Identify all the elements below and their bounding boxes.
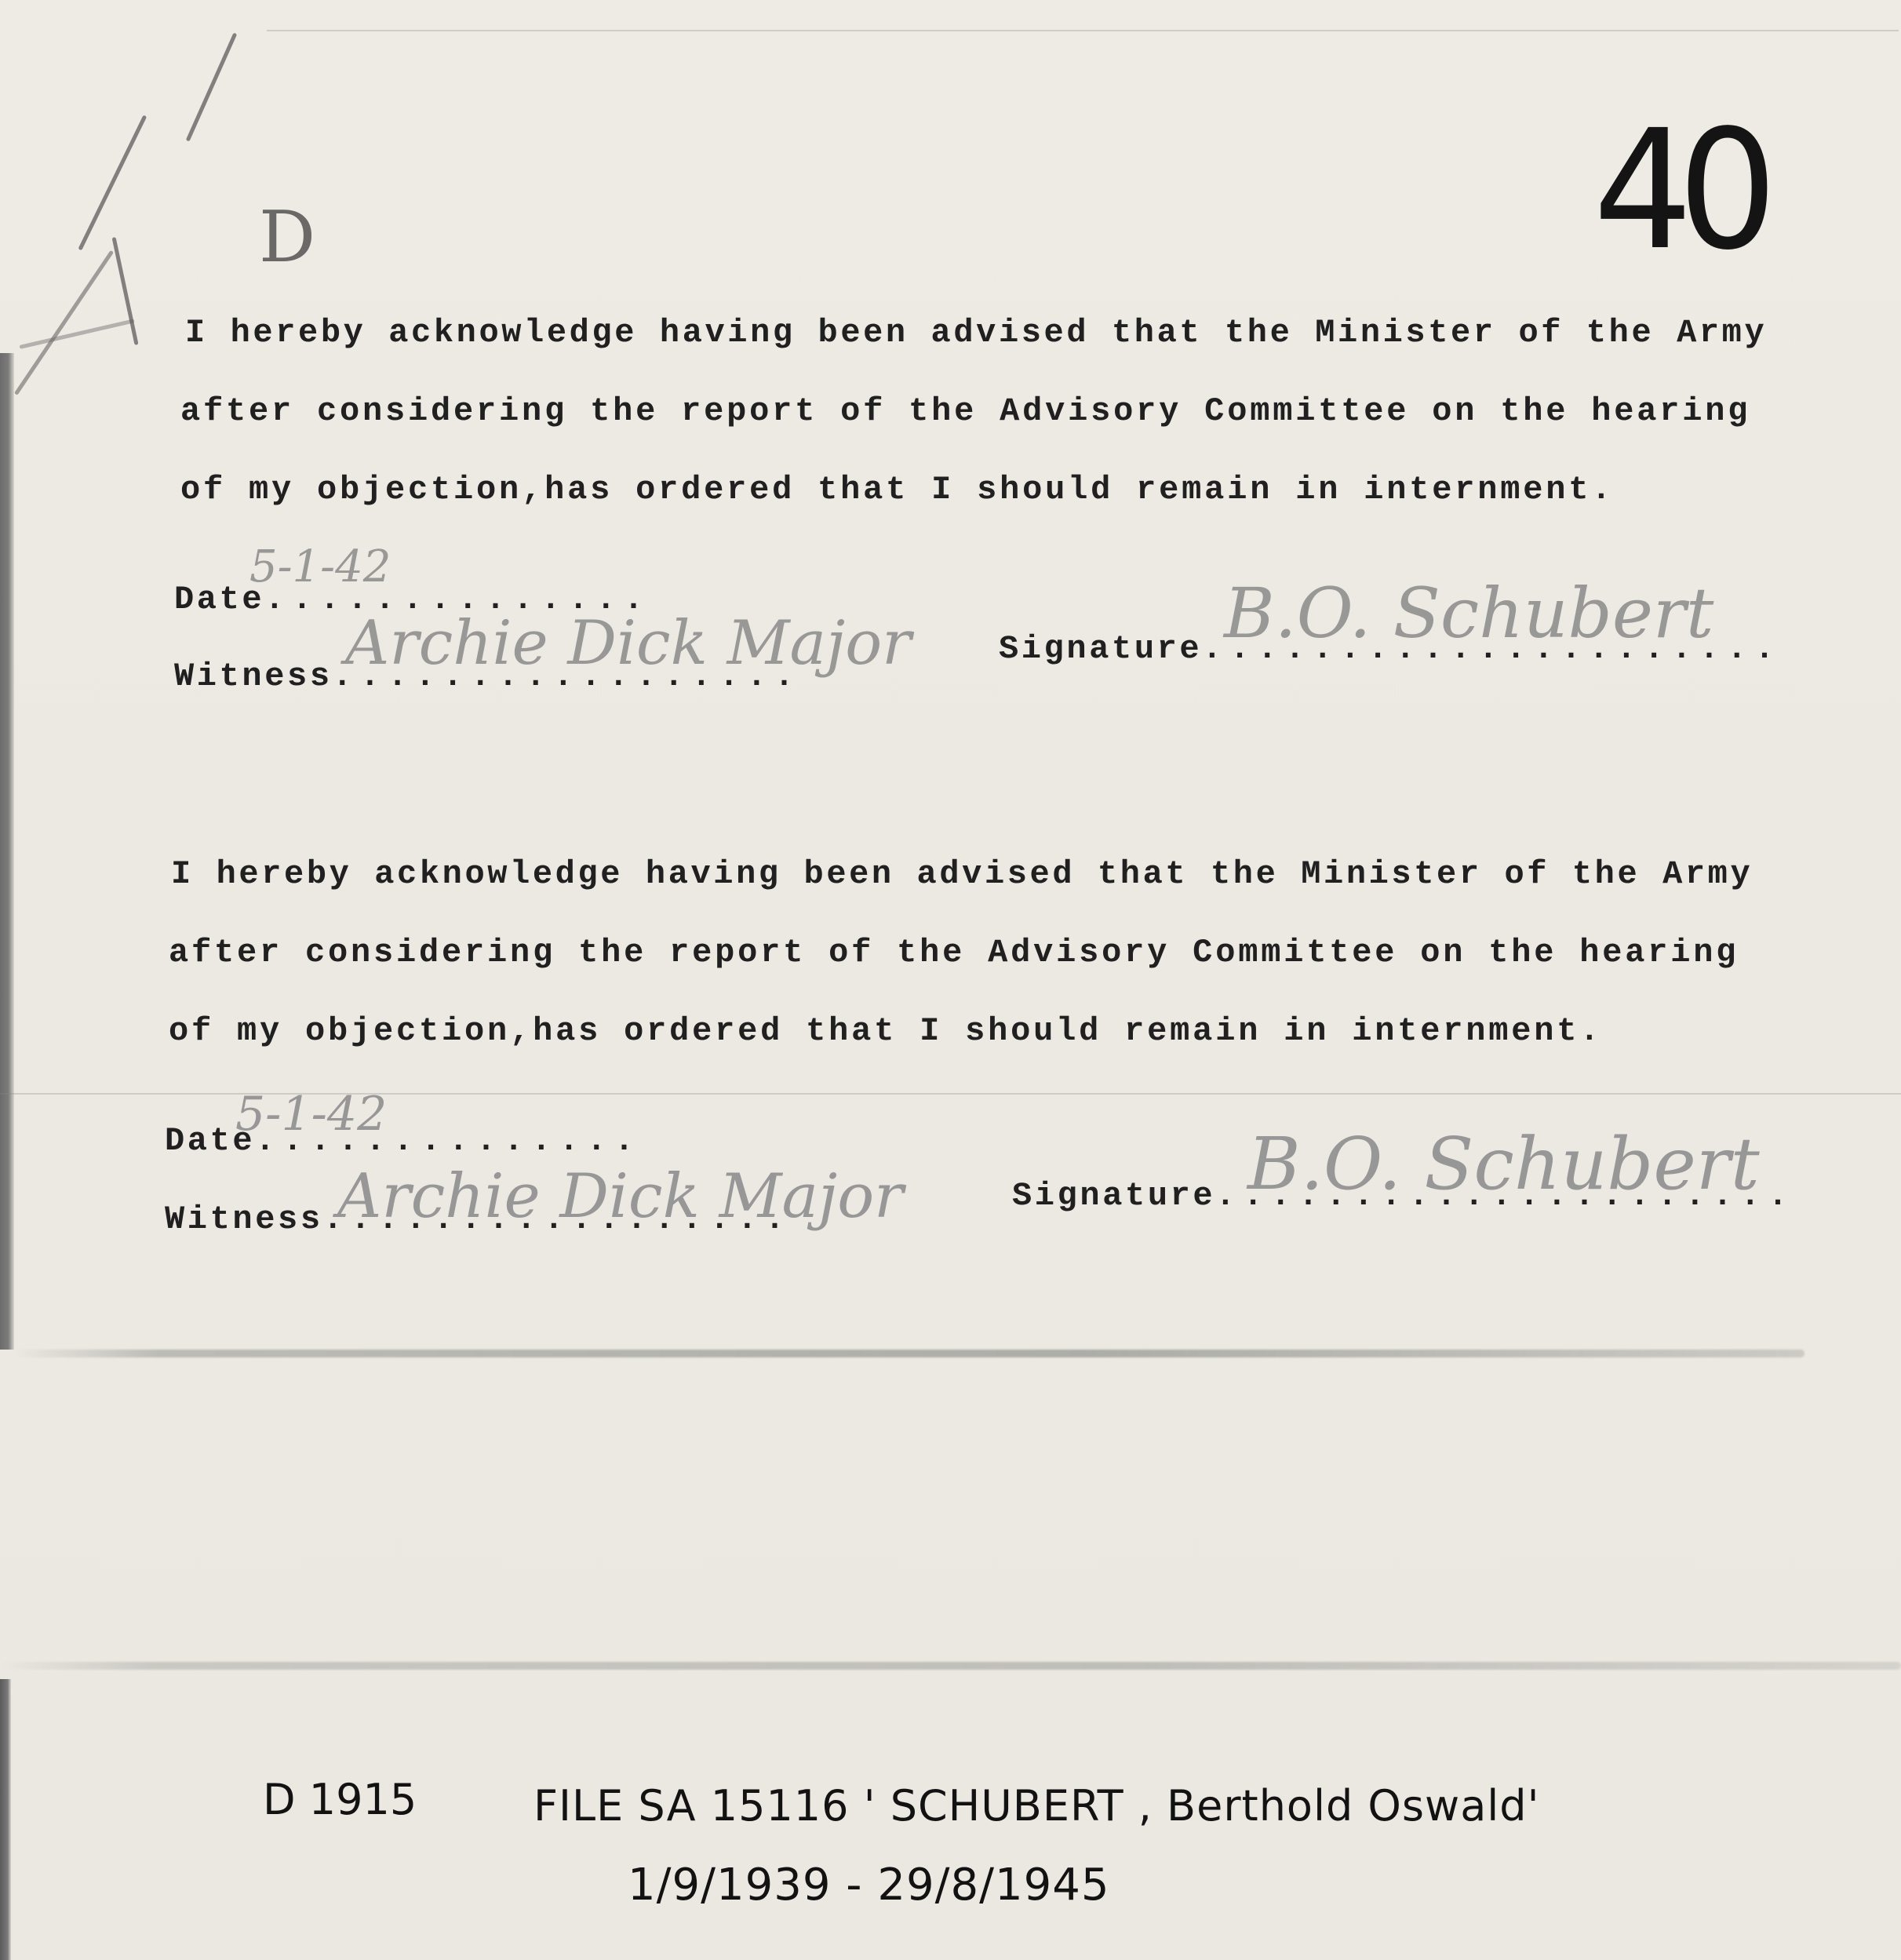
folded-corner-line [78,115,147,250]
paragraph-line: of my objection,has ordered that I shoul… [169,1012,1602,1050]
document-page: 40 D I hereby acknowledge having been ad… [0,0,1901,1960]
archive-date-range: 1/9/1939 - 29/8/1945 [628,1860,1109,1911]
folded-corner-line [14,250,114,395]
corner-mark: D [259,196,315,279]
paragraph-line: after considering the report of the Advi… [180,392,1750,430]
folio-number: 40 [1593,94,1763,286]
page-edge-shadow [0,1679,11,1960]
folded-corner-line [19,319,134,349]
witness-label: Witness [174,658,333,695]
witness-signature: Archie Dick Major [337,1161,903,1232]
witness-label: Witness [165,1200,323,1238]
page-edge-smudge [16,1350,1804,1357]
paragraph-line: after considering the report of the Advi… [169,934,1739,971]
paragraph-line: I hereby acknowledge having been advised… [185,314,1767,352]
signature-handwritten: B.O. Schubert [1247,1122,1760,1206]
signature-handwritten: B.O. Schubert [1224,573,1713,654]
archive-file-title: FILE SA 15116 ' SCHUBERT , Berthold Oswa… [534,1781,1539,1831]
signature-label: Signature [999,630,1202,668]
folded-corner-line [186,32,238,141]
archive-reference: D 1915 [263,1775,417,1824]
page-edge-shadow [0,353,14,1350]
date-handwritten: 5-1-42 [249,541,391,592]
date-handwritten: 5-1-42 [235,1087,387,1142]
signature-label: Signature [1012,1177,1215,1215]
witness-signature: Archie Dick Major [345,608,911,679]
paragraph-line: of my objection,has ordered that I shoul… [180,471,1614,508]
page-edge-line [267,30,1899,31]
page-edge-smudge [0,1662,1901,1670]
paragraph-line: I hereby acknowledge having been advised… [171,855,1753,893]
folded-corner-line [112,237,139,345]
